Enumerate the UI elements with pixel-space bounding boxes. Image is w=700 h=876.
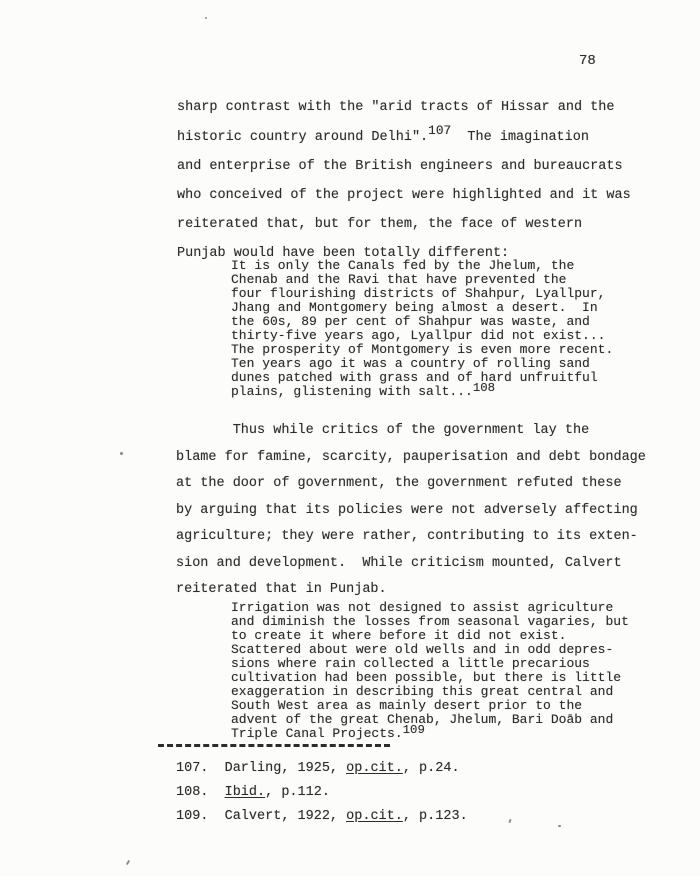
text-line: thirty-five years ago, Lyallpur did not … xyxy=(231,329,613,343)
footnote-109: 109. Calvert, 1922, op.cit., p.123. xyxy=(176,805,468,829)
text-line: Irrigation was not designed to assist ag… xyxy=(231,601,629,615)
text-segment-underlined: Ibid. xyxy=(225,785,266,800)
footnote-ref-108: 108 xyxy=(473,381,495,395)
text-segment: , p.24. xyxy=(403,761,460,776)
footnote-ref-107: 107 xyxy=(428,123,451,138)
text-line: Triple Canal Projects.109 xyxy=(231,727,629,741)
text-line: It is only the Canals fed by the Jhelum,… xyxy=(231,259,613,273)
text-line: by arguing that its policies were not ad… xyxy=(176,498,646,525)
text-segment: 107. Darling, 1925, xyxy=(176,761,346,776)
text-line: sion and development. While criticism mo… xyxy=(176,551,646,578)
text-line: The prosperity of Montgomery is even mor… xyxy=(231,343,613,357)
document-page: 78 sharp contrast with the "arid tracts … xyxy=(0,0,700,876)
text-segment: Triple Canal Projects. xyxy=(231,726,403,741)
ink-speck xyxy=(558,825,561,827)
footnote-separator xyxy=(158,744,390,747)
page-number: 78 xyxy=(579,53,596,69)
text-line: historic country around Delhi".107 The i… xyxy=(177,122,631,152)
text-segment: 108. xyxy=(176,785,225,800)
text-line: sions where rain collected a little prec… xyxy=(231,657,629,671)
text-line: at the door of government, the governmen… xyxy=(176,471,646,498)
text-line: to create it where before it did not exi… xyxy=(231,629,629,643)
text-segment: plains, glistening with salt... xyxy=(231,384,473,399)
text-line: who conceived of the project were highli… xyxy=(177,181,631,210)
text-line: and enterprise of the British engineers … xyxy=(177,152,631,181)
text-segment: The imagination xyxy=(451,130,589,145)
paragraph-argument: Thus while critics of the government lay… xyxy=(176,418,646,604)
text-line: agriculture; they were rather, contribut… xyxy=(176,524,646,551)
footnotes-section: 107. Darling, 1925, op.cit., p.24. 108. … xyxy=(176,757,468,829)
blockquote-calvert: Irrigation was not designed to assist ag… xyxy=(231,601,629,741)
text-segment: historic country around Delhi". xyxy=(177,130,428,145)
text-line: reiterated that, but for them, the face … xyxy=(177,210,631,239)
text-line: sharp contrast with the "arid tracts of … xyxy=(177,93,631,122)
paragraph-intro: sharp contrast with the "arid tracts of … xyxy=(177,93,631,268)
text-line: blame for famine, scarcity, pauperisatio… xyxy=(176,445,646,472)
text-segment: , p.112. xyxy=(265,785,330,800)
text-line: South West area as mainly desert prior t… xyxy=(231,699,629,713)
text-segment: , p.123. xyxy=(403,809,468,824)
text-line: the 60s, 89 per cent of Shahpur was wast… xyxy=(231,315,613,329)
ink-speck xyxy=(126,860,130,865)
text-line: Jhang and Montgomery being almost a dese… xyxy=(231,301,613,315)
text-line: cultivation had been possible, but there… xyxy=(231,671,629,685)
ink-speck xyxy=(508,819,511,823)
text-line: four flourishing districts of Shahpur, L… xyxy=(231,287,613,301)
text-line: exaggeration in describing this great ce… xyxy=(231,685,629,699)
ink-speck xyxy=(205,17,207,19)
footnote-107: 107. Darling, 1925, op.cit., p.24. xyxy=(176,757,468,781)
footnote-ref-109: 109 xyxy=(403,723,425,737)
text-segment: 109. Calvert, 1922, xyxy=(176,809,346,824)
ink-speck xyxy=(120,452,123,455)
text-line: Thus while critics of the government lay… xyxy=(176,418,646,445)
text-line: dunes patched with grass and of hard unf… xyxy=(231,371,613,385)
text-line: Scattered about were old wells and in od… xyxy=(231,643,629,657)
text-line: Chenab and the Ravi that have prevented … xyxy=(231,273,613,287)
text-line: Ten years ago it was a country of rollin… xyxy=(231,357,613,371)
blockquote-darling: It is only the Canals fed by the Jhelum,… xyxy=(231,259,613,399)
text-line: and diminish the losses from seasonal va… xyxy=(231,615,629,629)
text-segment-underlined: op.cit. xyxy=(346,809,403,824)
footnote-108: 108. Ibid., p.112. xyxy=(176,781,468,805)
text-segment-underlined: op.cit. xyxy=(346,761,403,776)
text-line: plains, glistening with salt...108 xyxy=(231,385,613,399)
text-line: advent of the great Chenab, Jhelum, Bari… xyxy=(231,713,629,727)
